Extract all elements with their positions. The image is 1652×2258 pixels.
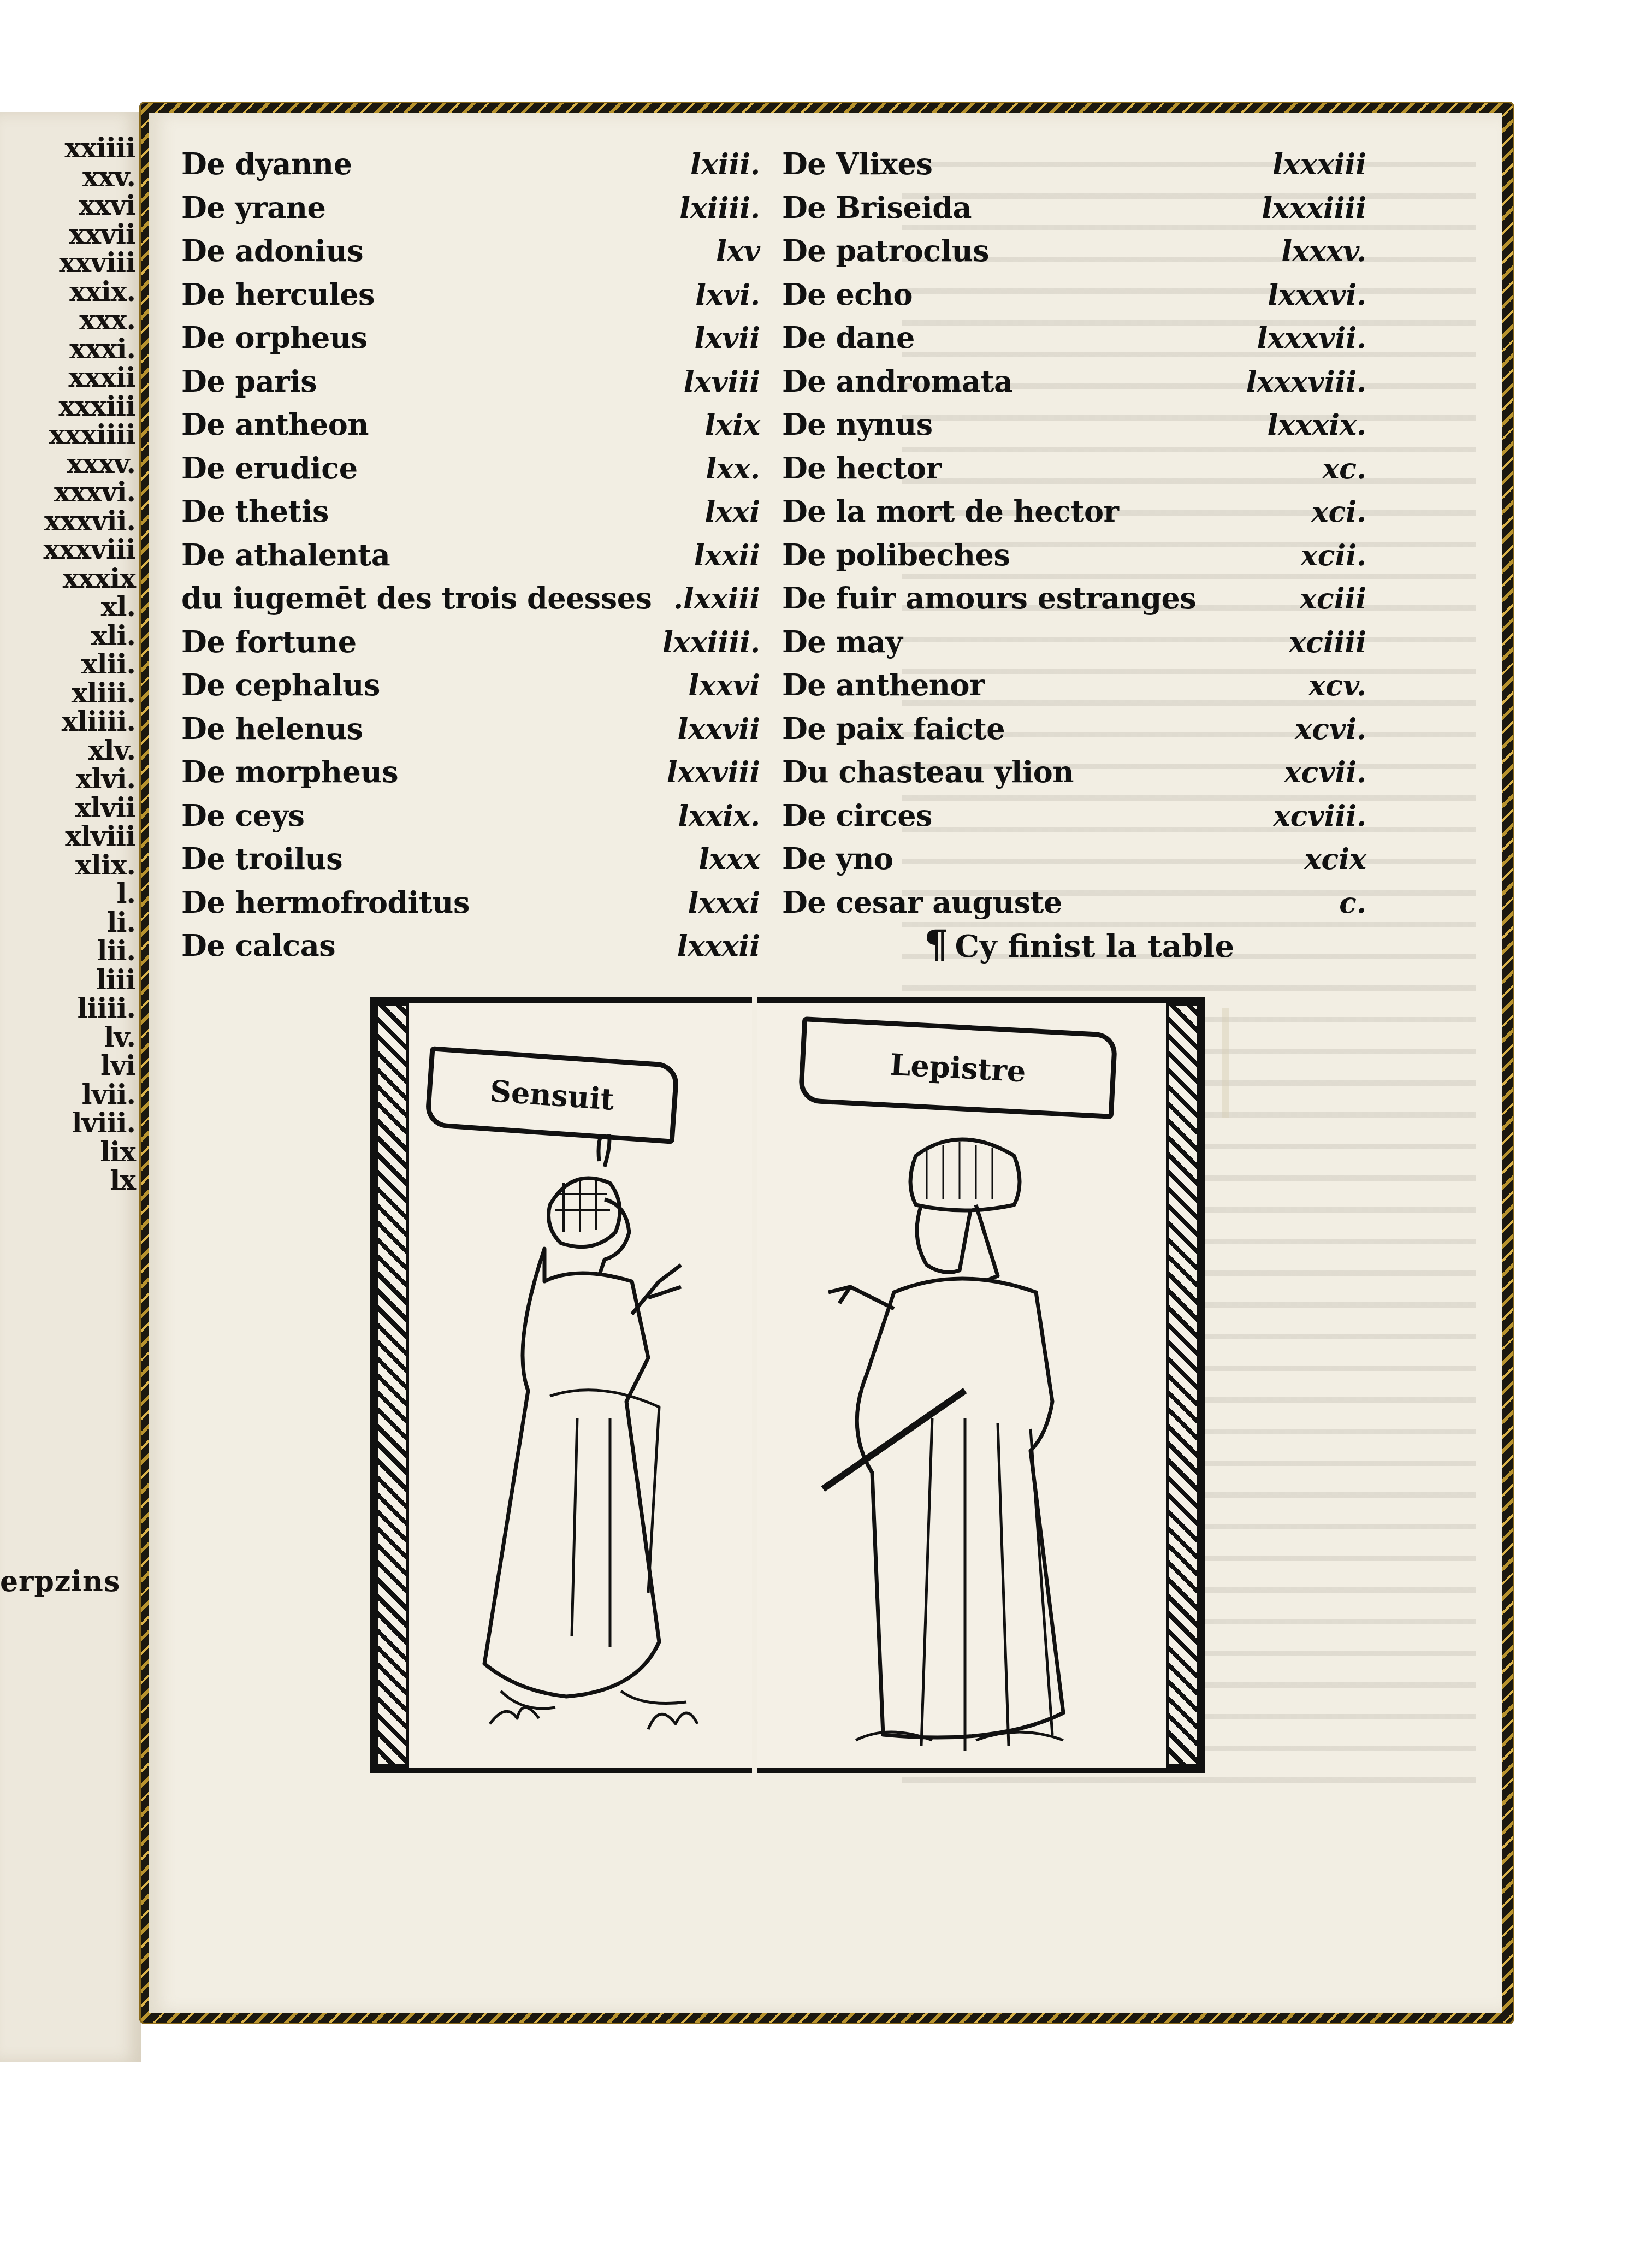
toc-entry: du iugemēt des trois deesses.lxxiii (181, 581, 760, 624)
toc-entry-title: De adonius (181, 233, 363, 268)
toc-entry: De morpheuslxxviii (181, 754, 760, 798)
toc-entry: De dyannelxiii. (181, 146, 760, 190)
toc-entry-title: De polibeches (782, 537, 1010, 572)
left-page-folio-number: xliiii. (44, 707, 135, 736)
toc-entry-folio: lxiii. (690, 148, 760, 181)
toc-entry: De la mort de hectorxci. (782, 494, 1366, 537)
toc-entry-title: De ceys (181, 798, 305, 833)
toc-entry: De ynoxcix (782, 841, 1366, 885)
toc-entry: De hectorxc. (782, 451, 1366, 494)
toc-entry-title: De nynus (782, 407, 933, 442)
toc-entry: De polibechesxcii. (782, 537, 1366, 581)
toc-entry-title: De hector (782, 451, 941, 486)
left-page-folio-number: xliii. (44, 679, 135, 708)
toc-entry-folio: lxxx (698, 843, 760, 876)
left-facing-page: xxiiiixxv.xxvixxviixxviiixxix.xxx.xxxi.x… (0, 112, 141, 2062)
left-page-folio-number: xxv. (44, 163, 135, 192)
left-page-folio-number: xxvi (44, 191, 135, 220)
left-page-folio-number: xlv. (44, 736, 135, 765)
toc-entry-folio: lxx. (706, 452, 760, 486)
toc-entry-title: De hercules (181, 277, 375, 312)
toc-entry-folio: .lxxiii (673, 582, 760, 616)
toc-entry-title: De athalenta (181, 537, 390, 572)
left-page-folio-number: lx (44, 1166, 135, 1195)
toc-entry: De athalentalxxii (181, 537, 760, 581)
toc-entry: De danelxxxvii. (782, 320, 1366, 364)
toc-entry-title: De fuir amours estranges (782, 581, 1196, 616)
left-page-folio-number: xxxi. (44, 335, 135, 364)
woodcut-block-gap (1222, 1008, 1229, 1118)
left-page-folio-number: xli. (44, 622, 135, 651)
toc-entry-folio: c. (1339, 886, 1366, 920)
toc-entry: De parislxviii (181, 364, 760, 407)
toc-entry-title: De anthenor (782, 667, 985, 702)
colophon: ¶Cy finist la table (924, 921, 1234, 966)
toc-entry-title: De thetis (181, 494, 329, 529)
left-page-folio-number: xxxix (44, 564, 135, 593)
left-page-folio-number: xxxviii (44, 535, 135, 564)
toc-entry: De erudicelxx. (181, 451, 760, 494)
toc-entry-folio: xciiii (1289, 626, 1366, 659)
toc-entry-folio: xcv. (1308, 669, 1366, 702)
book-photograph: xxiiiixxv.xxvixxviixxviiixxix.xxx.xxxi.x… (0, 0, 1652, 2258)
toc-entry-title: De fortune (181, 624, 357, 659)
toc-entry-folio: lxvi. (695, 279, 760, 312)
left-page-folio-number: lv. (44, 1023, 135, 1052)
toc-entry: De paix faictexcvi. (782, 711, 1366, 755)
toc-entry-folio: lxviii (684, 365, 760, 399)
toc-entry-title: Du chasteau ylion (782, 754, 1074, 789)
toc-entry-title: De orpheus (181, 320, 368, 355)
toc-entry: De orpheuslxvii (181, 320, 760, 364)
toc-entry-title: De troilus (181, 841, 342, 876)
paragraph-mark-icon: ¶ (924, 921, 949, 966)
toc-entry-title: De calcas (181, 928, 335, 963)
left-page-folio-number: lvi (44, 1051, 135, 1080)
left-page-folio-number: lviii. (44, 1109, 135, 1138)
toc-entry-folio: lxxxv. (1281, 235, 1366, 268)
left-page-folio-number: lii. (44, 937, 135, 966)
left-page-folio-number: xxxvii. (44, 507, 135, 536)
toc-entry-title: De echo (782, 277, 913, 312)
toc-entry-folio: lxix (704, 409, 760, 442)
toc-entry-folio: lxxxi (688, 886, 760, 920)
left-page-folio-number: xxix. (44, 277, 135, 306)
woodcut-panel-left: Sensuit (370, 997, 752, 1773)
toc-entry-title: De paix faicte (782, 711, 1005, 746)
toc-entry-folio: xcii. (1301, 539, 1366, 572)
left-page-folio-number: xlix. (44, 851, 135, 880)
toc-entry-title: De dane (782, 320, 915, 355)
toc-entry-folio: xciii (1300, 582, 1366, 616)
toc-entry-folio: lxiiii. (679, 192, 760, 225)
toc-entry: De nynuslxxxix. (782, 407, 1366, 451)
left-page-folio-number: lix (44, 1138, 135, 1167)
toc-entry-folio: lxxxiii (1272, 148, 1366, 181)
left-page-folio-number: xxxiiii (44, 421, 135, 450)
toc-entry-folio: lxxi (704, 495, 760, 529)
toc-entry: De hermofrodituslxxxi (181, 885, 760, 929)
toc-entry-folio: lxxiiii. (662, 626, 760, 659)
left-page-folio-number: xlii. (44, 650, 135, 679)
left-page-folio-number: xxiiii (44, 134, 135, 163)
woodcut-illustration: Sensuit (370, 997, 1205, 1773)
toc-entry-folio: lxvii (695, 322, 760, 355)
toc-entry: De yranelxiiii. (181, 190, 760, 234)
toc-entry: De patrocluslxxxv. (782, 233, 1366, 277)
left-page-folio-number: xxx. (44, 306, 135, 335)
left-page-folio-number: xxviii (44, 249, 135, 277)
toc-entry: De ceyslxxix. (181, 798, 760, 842)
left-page-folio-number: liiii. (44, 994, 135, 1023)
toc-entry-folio: lxxxvii. (1257, 322, 1366, 355)
toc-entry: De thetislxxi (181, 494, 760, 537)
toc-entry-folio: lxxxii (677, 930, 760, 963)
right-page: De dyannelxiii.De yranelxiiii.De adonius… (149, 113, 1502, 2013)
left-page-folio-number: xxxv. (44, 450, 135, 478)
left-page-folio-number: xl. (44, 593, 135, 622)
toc-entry: De circesxcviii. (782, 798, 1366, 842)
woodcut-ornamental-border (1166, 1003, 1200, 1768)
toc-entry: De helenuslxxvii (181, 711, 760, 755)
left-page-folio-number: xlvii (44, 794, 135, 823)
toc-entry: De herculeslxvi. (181, 277, 760, 321)
banderole-lepistre: Lepistre (798, 1016, 1117, 1119)
toc-entry-title: De hermofroditus (181, 885, 470, 920)
left-page-folio-number: xxvii (44, 220, 135, 249)
left-page-folio-number: xlviii (44, 822, 135, 851)
left-page-folio-number: li. (44, 908, 135, 937)
toc-entry-title: De may (782, 624, 903, 659)
left-page-folio-number: lvii. (44, 1080, 135, 1109)
toc-entry-folio: xcvi. (1295, 713, 1366, 746)
left-page-folio-number: xxxvi. (44, 478, 135, 507)
toc-entry-folio: lxxxviii. (1246, 365, 1366, 399)
toc-column-2: De VlixeslxxxiiiDe BriseidalxxxiiiiDe pa… (782, 146, 1366, 928)
toc-entry-folio: lxxviii (667, 756, 760, 789)
woodcut-ornamental-border (375, 1003, 409, 1768)
toc-entry: De antheonlxix (181, 407, 760, 451)
left-page-folio-number: xlvi. (44, 765, 135, 794)
banderole-sensuit: Sensuit (424, 1046, 679, 1144)
toc-entry-title: De erudice (181, 451, 358, 486)
toc-column-1: De dyannelxiii.De yranelxiiii.De adonius… (181, 146, 760, 972)
toc-entry-title: De morpheus (181, 754, 398, 789)
toc-entry-folio: lxxxix. (1267, 409, 1366, 442)
toc-entry-title: De Vlixes (782, 146, 932, 181)
toc-entry: De Briseidalxxxiiii (782, 190, 1366, 234)
toc-entry-folio: lxxxiiii (1262, 192, 1366, 225)
toc-entry: Du chasteau ylionxcvii. (782, 754, 1366, 798)
toc-entry-title: De cephalus (181, 667, 380, 702)
toc-entry-folio: lxxii (694, 539, 760, 572)
toc-entry-title: De yrane (181, 190, 325, 225)
toc-entry: De cephaluslxxvi (181, 667, 760, 711)
toc-entry-folio: lxxxvi. (1268, 279, 1366, 312)
woman-figure-icon (468, 1134, 725, 1751)
toc-entry: De fuir amours estrangesxciii (782, 581, 1366, 624)
toc-entry-title: De antheon (181, 407, 369, 442)
toc-entry: De fortunelxxiiii. (181, 624, 760, 668)
toc-entry-title: De patroclus (782, 233, 989, 268)
toc-entry: De Vlixeslxxxiii (782, 146, 1366, 190)
colophon-text: Cy finist la table (955, 929, 1234, 965)
toc-entry-title: De paris (181, 364, 317, 399)
toc-entry-folio: xcix (1305, 843, 1366, 876)
toc-entry-title: De dyanne (181, 146, 352, 181)
left-page-partial-word: erpzins (0, 1565, 120, 1598)
toc-entry: De andromatalxxxviii. (782, 364, 1366, 407)
toc-entry-folio: xc. (1322, 452, 1366, 486)
toc-entry-title: De la mort de hector (782, 494, 1118, 529)
toc-entry-title: De andromata (782, 364, 1013, 399)
toc-entry: De calcaslxxxii (181, 928, 760, 972)
left-page-folio-number: xxxiii (44, 392, 135, 421)
toc-entry-folio: lxxvii (678, 713, 760, 746)
left-page-folio-number: xxxii (44, 363, 135, 392)
woodcut-panel-right: Lepistre (757, 997, 1205, 1773)
toc-entry: De troiluslxxx (181, 841, 760, 885)
left-page-folio-column: xxiiiixxv.xxvixxviixxviiixxix.xxx.xxxi.x… (44, 134, 135, 1195)
toc-entry-title: du iugemēt des trois deesses (181, 581, 652, 616)
left-page-folio-number: liii (44, 966, 135, 995)
left-page-folio-number: l. (44, 879, 135, 908)
man-figure-icon (801, 1112, 1129, 1757)
toc-entry-folio: lxv (716, 235, 760, 268)
toc-entry-folio: xcviii. (1274, 800, 1366, 833)
toc-entry-folio: lxxvi (688, 669, 760, 702)
toc-entry-title: De circes (782, 798, 932, 833)
toc-entry-folio: xci. (1311, 495, 1366, 529)
toc-entry-folio: lxxix. (678, 800, 760, 833)
toc-entry: De echolxxxvi. (782, 277, 1366, 321)
toc-entry-title: De helenus (181, 711, 363, 746)
toc-entry: De anthenorxcv. (782, 667, 1366, 711)
toc-entry: De mayxciiii (782, 624, 1366, 668)
toc-entry-folio: xcvii. (1284, 756, 1367, 789)
toc-entry: De adoniuslxv (181, 233, 760, 277)
toc-entry-title: De cesar auguste (782, 885, 1062, 920)
toc-entry-title: De Briseida (782, 190, 972, 225)
toc-entry-title: De yno (782, 841, 893, 876)
